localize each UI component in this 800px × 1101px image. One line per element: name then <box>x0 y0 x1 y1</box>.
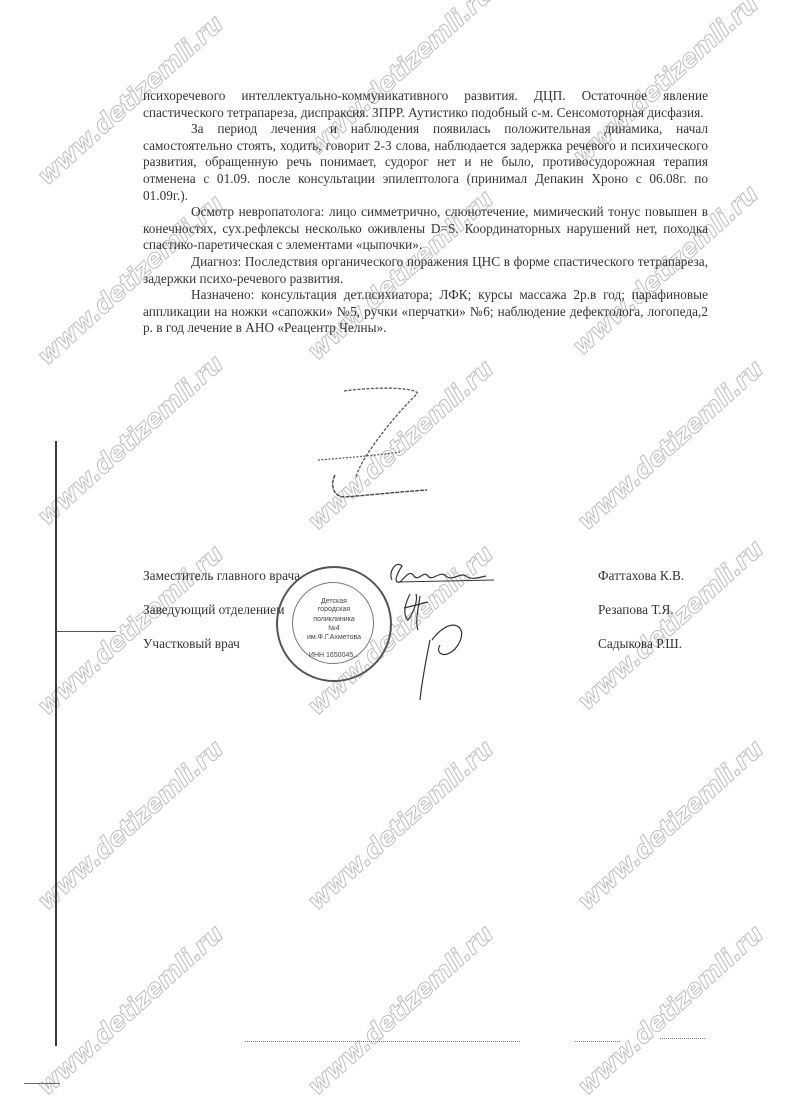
handwritten-signatures <box>0 0 800 1101</box>
scanned-document-page: www.detizemli.ru www.detizemli.ru www.de… <box>0 0 800 1101</box>
